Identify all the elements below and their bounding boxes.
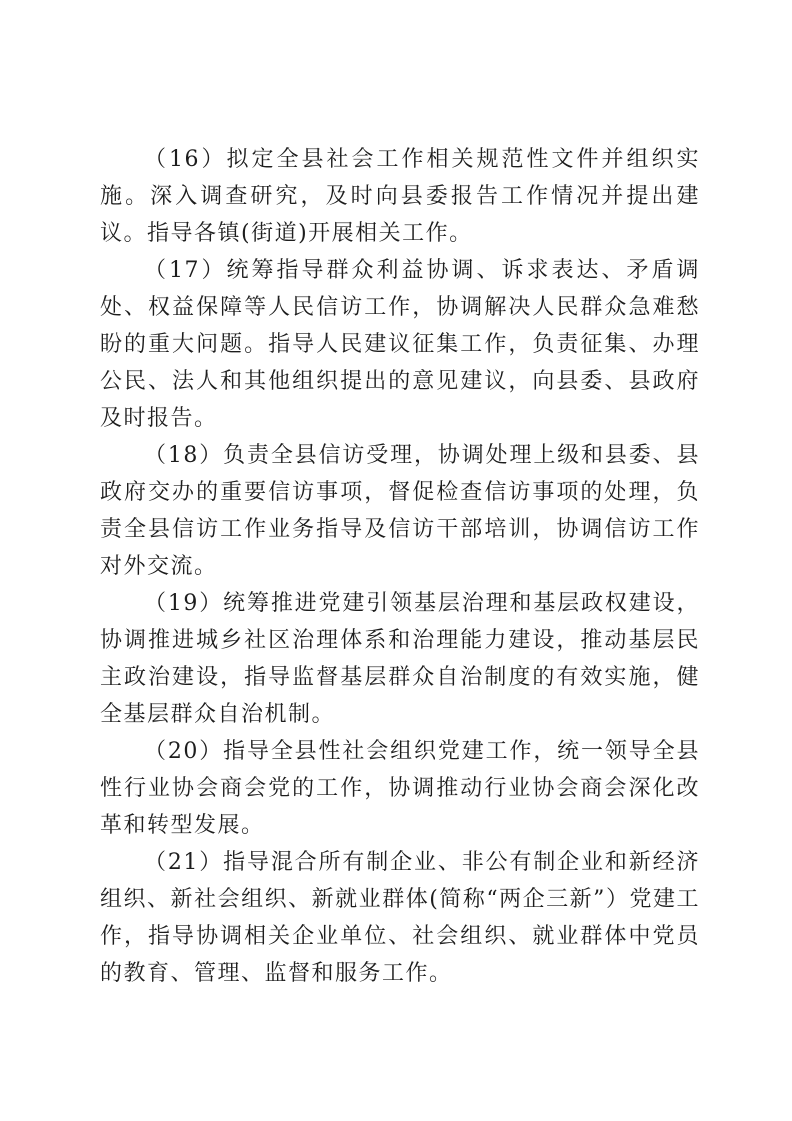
document-page: （16）拟定全县社会工作相关规范性文件并组织实施。深入调查研究，及时向县委报告工… bbox=[0, 0, 792, 1121]
paragraph-17: （17）统筹指导群众利益协调、诉求表达、矛盾调处、权益保障等人民信访工作，协调解… bbox=[100, 252, 700, 437]
paragraph-16: （16）拟定全县社会工作相关规范性文件并组织实施。深入调查研究，及时向县委报告工… bbox=[100, 141, 700, 252]
paragraph-19: （19）统筹推进党建引领基层治理和基层政权建设，协调推进城乡社区治理体系和治理能… bbox=[100, 585, 700, 733]
paragraph-20: （20）指导全县性社会组织党建工作，统一领导全县性行业协会商会党的工作，协调推动… bbox=[100, 733, 700, 844]
paragraph-21: （21）指导混合所有制企业、非公有制企业和新经济组织、新社会组织、新就业群体(简… bbox=[100, 844, 700, 992]
document-body: （16）拟定全县社会工作相关规范性文件并组织实施。深入调查研究，及时向县委报告工… bbox=[100, 141, 700, 992]
paragraph-18: （18）负责全县信访受理，协调处理上级和县委、县政府交办的重要信访事项，督促检查… bbox=[100, 437, 700, 585]
